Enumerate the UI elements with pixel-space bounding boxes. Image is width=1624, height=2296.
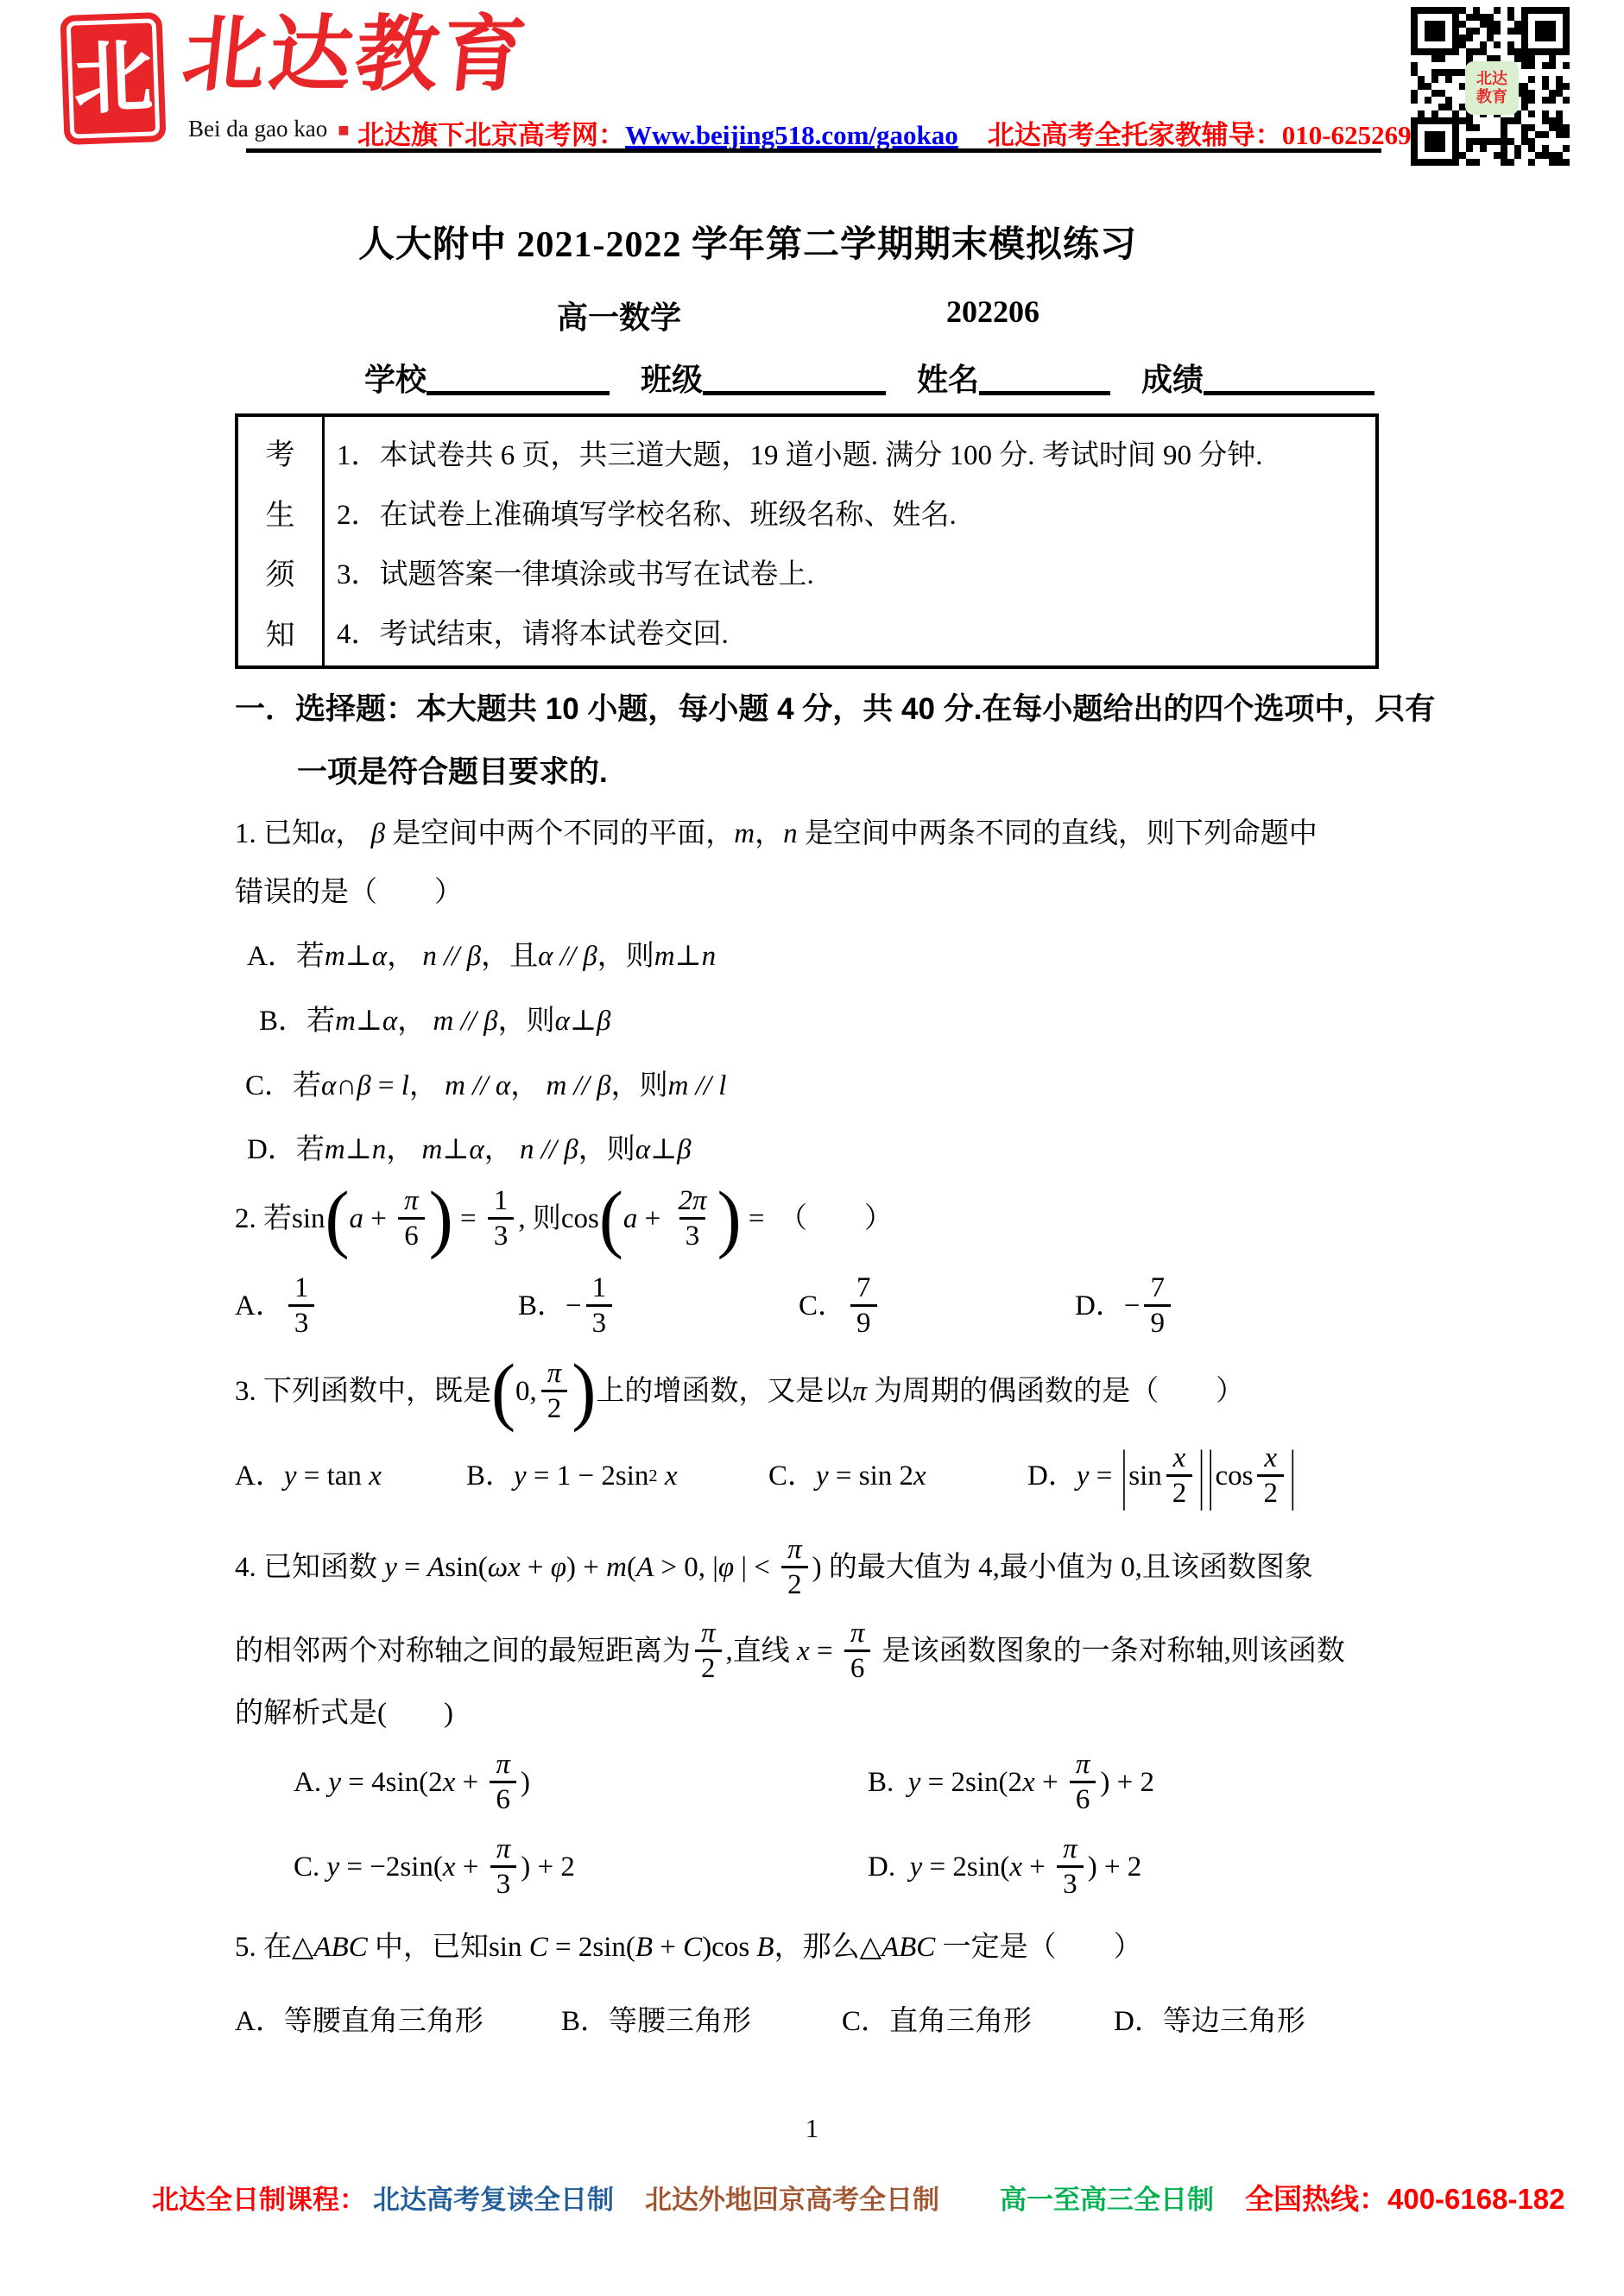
page-number: 1 (0, 2113, 1624, 2144)
tutor-phone-info: 北达高考全托家教辅导：010-62526900 (988, 120, 1438, 150)
q3-stem: 3. 下列函数中，既是(0,π2)上的增函数，又是以π 为周期的偶函数的是（ ） (235, 1358, 1244, 1425)
footer-segment: 高一至高三全日制 (1000, 2185, 1214, 2215)
q5-option-d: D．等边三角形 (1114, 2004, 1305, 2039)
student-info-row: 学校 班级 姓名 成绩 (364, 352, 1374, 395)
header-divider-rule (246, 148, 1381, 153)
q3-option-b: B．y = 1 − 2sin2 x (466, 1459, 678, 1493)
page-title: 人大附中 2021-2022 学年第二学期期末模拟练习 (0, 216, 1495, 268)
q4-option-a: A. y = 4sin(2x + π6) (294, 1749, 530, 1816)
q4-option-b: B. y = 2sin(2x + π6) + 2 (868, 1749, 1154, 1816)
notice-item: 1．本试卷共 6 页，共三道大题，19 道小题. 满分 100 分. 考试时间 … (337, 432, 1367, 473)
brand-pinyin: Bei da gao kao■ (188, 116, 350, 142)
name-blank (979, 356, 1110, 395)
q2-option-d: D．−79 (1075, 1272, 1175, 1340)
q4-stem-line3: 的解析式是( ) (235, 1696, 453, 1731)
q5-stem: 5. 在△ABC 中，已知sin C = 2sin(B + C)cos B，那么… (235, 1930, 1142, 1965)
candidate-notice-box: 考 生 须 知 1．本试卷共 6 页，共三道大题，19 道小题. 满分 100 … (235, 413, 1379, 669)
q2-option-c: C．79 (799, 1272, 882, 1340)
site-link[interactable]: Www.beijing518.com/gaokao (625, 120, 958, 150)
q2-stem: 2. 若sin(a + π6) = 13, 则cos(a + 2π3) = （ … (235, 1185, 893, 1252)
q5-option-c: C．直角三角形 (842, 2004, 1032, 2039)
q4-option-c: C. y = −2sin(x + π3) + 2 (294, 1833, 575, 1901)
q4-stem-line2: 的相邻两个对称轴之间的最短距离为π2,直线 x = π6 是该函数图象的一条对称… (235, 1618, 1345, 1685)
class-label: 班级 (641, 364, 703, 395)
q2-option-a: A．13 (235, 1272, 319, 1340)
q1-option-a: A．若m⊥α， n // β，且α // β，则m⊥n (247, 939, 716, 974)
name-label: 姓名 (917, 364, 979, 395)
q3-option-c: C．y = sin 2x (768, 1459, 926, 1493)
site-label: 北达旗下北京高考网： (357, 120, 625, 150)
q1-option-c: C．若α∩β = l， m // α， m // β，则m // l (245, 1069, 726, 1103)
q4-option-d: D. y = 2sin(x + π3) + 2 (868, 1833, 1141, 1901)
q3-option-a: A．y = tan x (235, 1459, 382, 1493)
q4-stem-line1: 4. 已知函数 y = Asin(ωx + φ) + m(A > 0, |φ |… (235, 1534, 1313, 1601)
q1-stem-line2: 错误的是（ ） (235, 875, 463, 910)
footer-segment: 北达高考复读全日制 (373, 2185, 614, 2215)
notice-item: 3．试题答案一律填涂或书写在试卷上. (337, 552, 1367, 592)
paper-code: 202206 (946, 293, 1039, 330)
class-blank (703, 356, 886, 395)
notice-item: 4．考试结束，请将本试卷交回. (337, 611, 1367, 652)
q1-stem-line1: 1. 已知α， β 是空间中两个不同的平面，m，n 是空间中两条不同的直线，则下… (235, 817, 1318, 851)
school-label: 学校 (364, 364, 427, 395)
school-blank (427, 356, 610, 395)
q5-option-a: A．等腰直角三角形 (235, 2004, 483, 2039)
header-contact-line: 北达旗下北京高考网：Www.beijing518.com/gaokao北达高考全… (357, 113, 1438, 152)
score-blank (1204, 356, 1374, 395)
footer-hotline: 全国热线：400-6168-182 (1245, 2183, 1565, 2215)
section1-heading-line2: 一项是符合题目要求的. (297, 748, 608, 792)
qr-code: 北达 教育 (1411, 7, 1573, 169)
subject-label: 高一数学 (557, 293, 681, 337)
score-label: 成绩 (1141, 364, 1204, 395)
footer-segment: 北达全日制课程： (152, 2185, 366, 2215)
q1-option-d: D．若m⊥n， m⊥α， n // β，则α⊥β (247, 1132, 692, 1167)
q2-option-b: B．−13 (518, 1272, 616, 1340)
footer-promo-line: 北达全日制课程：北达高考复读全日制北达外地回京高考全日制高一至高三全日制全国热线… (152, 2177, 1572, 2217)
seal-character: 北 (72, 37, 154, 119)
notice-items: 1．本试卷共 6 页，共三道大题，19 道小题. 满分 100 分. 考试时间 … (325, 417, 1375, 665)
brand-bullet-icon: ■ (338, 119, 349, 141)
footer-segment: 北达外地回京高考全日制 (645, 2185, 939, 2215)
qr-center-badge: 北达 教育 (1465, 61, 1519, 115)
brand-seal-logo: 北 (60, 12, 166, 145)
q1-option-b: B．若m⊥α， m // β，则α⊥β (259, 1004, 610, 1038)
q5-option-b: B．等腰三角形 (561, 2004, 751, 2039)
brand-name-calligraphy: 北达教育 (179, 12, 534, 99)
notice-side-title: 考 生 须 知 (238, 417, 325, 665)
notice-item: 2．在试卷上准确填写学校名称、班级名称、姓名. (337, 492, 1367, 533)
seal-inner-border: 北 (66, 18, 161, 139)
q3-option-d: D．y = |sinx2||cosx2| (1027, 1442, 1298, 1510)
section1-heading-line1: 一．选择题：本大题共 10 小题，每小题 4 分，共 40 分.在每小题给出的四… (235, 685, 1435, 729)
